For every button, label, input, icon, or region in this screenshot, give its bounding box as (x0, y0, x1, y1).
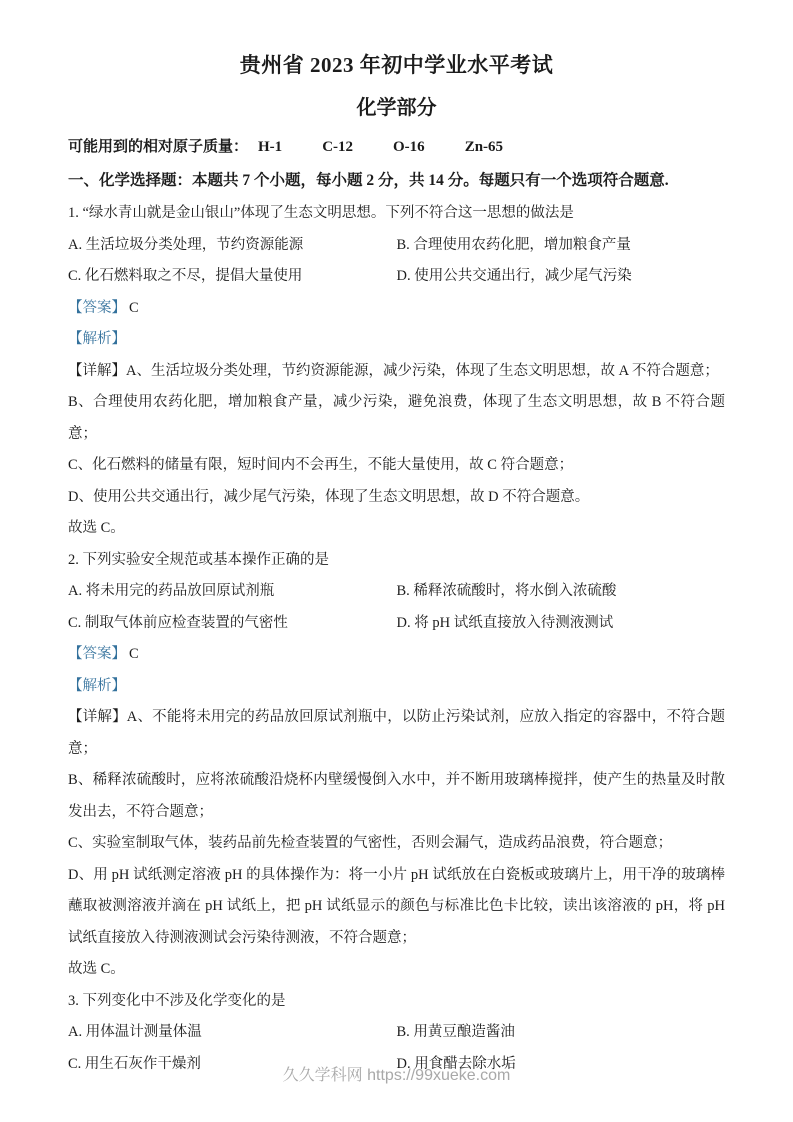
question-1-stem: 1. “绿水青山就是金山银山”体现了生态文明思想。下列不符合这一思想的做法是 (68, 198, 725, 230)
question-1-answer-value: C (129, 300, 139, 316)
section-header: 一、化学选择题：本题共 7 个小题，每小题 2 分，共 14 分。每题只有一个选… (68, 163, 725, 198)
question-1-options-row-2: C. 化石燃料取之不尽，提倡大量使用 D. 使用公共交通出行，减少尾气污染 (68, 261, 725, 293)
question-2-analysis-line: 【解析】 (68, 671, 725, 703)
question-2-option-b: B. 稀释浓硫酸时，将水倒入浓硫酸 (397, 576, 726, 608)
question-2-detail-c: C、实验室制取气体，装药品前先检查装置的气密性，否则会漏气，造成药品浪费，符合题… (68, 828, 725, 860)
atomic-mass-line: 可能用到的相对原子质量：H-1C-12O-16Zn-65 (68, 131, 725, 163)
question-1-analysis-line: 【解析】 (68, 324, 725, 356)
footer-watermark: 久久学科网 https://99xueke.com (0, 1062, 793, 1085)
question-2-options-row-1: A. 将未用完的药品放回原试剂瓶 B. 稀释浓硫酸时，将水倒入浓硫酸 (68, 576, 725, 608)
question-2-conclusion: 故选 C。 (68, 954, 725, 986)
question-1-option-c: C. 化石燃料取之不尽，提倡大量使用 (68, 261, 397, 293)
question-1: 1. “绿水青山就是金山银山”体现了生态文明思想。下列不符合这一思想的做法是 A… (68, 198, 725, 545)
question-3-stem: 3. 下列变化中不涉及化学变化的是 (68, 986, 725, 1018)
question-1-answer-line: 【答案】C (68, 293, 725, 325)
question-1-detail-a: 【详解】A、生活垃圾分类处理，节约资源能源，减少污染，体现了生态文明思想，故 A… (68, 356, 725, 388)
atomic-mass-zn: Zn-65 (465, 139, 503, 155)
question-3-option-b: B. 用黄豆酿造酱油 (397, 1017, 726, 1049)
question-1-option-d: D. 使用公共交通出行，减少尾气污染 (397, 261, 726, 293)
exam-subtitle: 化学部分 (68, 94, 725, 122)
question-2: 2. 下列实验安全规范或基本操作正确的是 A. 将未用完的药品放回原试剂瓶 B.… (68, 545, 725, 986)
question-1-detail-b: B、合理使用农药化肥，增加粮食产量，减少污染，避免浪费，体现了生态文明思想，故 … (68, 387, 725, 450)
question-1-option-b: B. 合理使用农药化肥，增加粮食产量 (397, 230, 726, 262)
question-1-option-a: A. 生活垃圾分类处理，节约资源能源 (68, 230, 397, 262)
question-2-detail-d: D、用 pH 试纸测定溶液 pH 的具体操作为：将一小片 pH 试纸放在白瓷板或… (68, 860, 725, 955)
atomic-mass-h: H-1 (258, 139, 282, 155)
question-2-options-row-2: C. 制取气体前应检查装置的气密性 D. 将 pH 试纸直接放入待测液测试 (68, 608, 725, 640)
question-3-options-row-1: A. 用体温计测量体温 B. 用黄豆酿造酱油 (68, 1017, 725, 1049)
exam-title: 贵州省 2023 年初中学业水平考试 (68, 50, 725, 80)
question-2-detail-b: B、稀释浓硫酸时，应将浓硫酸沿烧杯内壁缓慢倒入水中，并不断用玻璃棒搅拌，使产生的… (68, 765, 725, 828)
question-1-detail-d: D、使用公共交通出行，减少尾气污染，体现了生态文明思想，故 D 不符合题意。 (68, 482, 725, 514)
answer-label: 【答案】 (68, 646, 126, 662)
question-2-detail-a: 【详解】A、不能将未用完的药品放回原试剂瓶中，以防止污染试剂，应放入指定的容器中… (68, 702, 725, 765)
footer-site-name: 久久学科网 (283, 1067, 363, 1084)
question-1-conclusion: 故选 C。 (68, 513, 725, 545)
question-1-detail-c: C、化石燃料的储量有限，短时间内不会再生，不能大量使用，故 C 符合题意； (68, 450, 725, 482)
question-2-option-a: A. 将未用完的药品放回原试剂瓶 (68, 576, 397, 608)
atomic-mass-c: C-12 (322, 139, 353, 155)
question-1-options-row-1: A. 生活垃圾分类处理，节约资源能源 B. 合理使用农药化肥，增加粮食产量 (68, 230, 725, 262)
question-3-option-a: A. 用体温计测量体温 (68, 1017, 397, 1049)
answer-label: 【答案】 (68, 300, 126, 316)
atomic-mass-label: 可能用到的相对原子质量： (68, 139, 248, 155)
question-2-answer-value: C (129, 646, 139, 662)
question-2-option-c: C. 制取气体前应检查装置的气密性 (68, 608, 397, 640)
question-2-option-d: D. 将 pH 试纸直接放入待测液测试 (397, 608, 726, 640)
exam-document-page: 贵州省 2023 年初中学业水平考试 化学部分 可能用到的相对原子质量：H-1C… (0, 0, 793, 1122)
question-2-stem: 2. 下列实验安全规范或基本操作正确的是 (68, 545, 725, 577)
atomic-mass-o: O-16 (393, 139, 425, 155)
footer-site-link[interactable]: https://99xueke.com (367, 1067, 510, 1084)
analysis-label: 【解析】 (68, 331, 126, 347)
analysis-label: 【解析】 (68, 678, 126, 694)
question-2-answer-line: 【答案】C (68, 639, 725, 671)
